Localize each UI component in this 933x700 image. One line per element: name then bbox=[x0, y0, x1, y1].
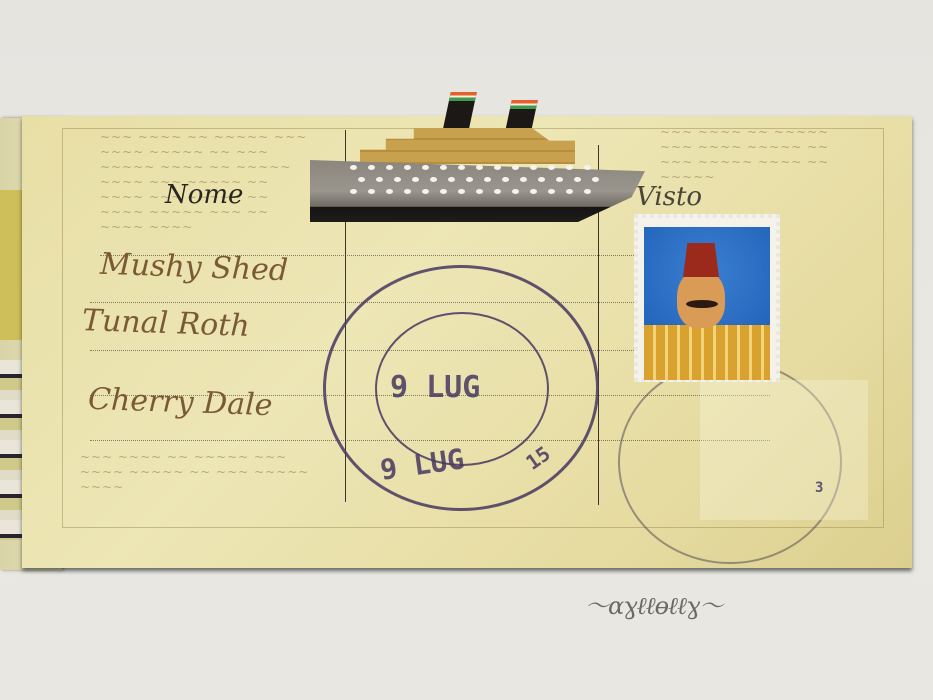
porthole bbox=[350, 165, 357, 170]
porthole bbox=[556, 177, 563, 182]
porthole bbox=[520, 177, 527, 182]
porthole bbox=[584, 165, 591, 170]
handwritten-name-2: Tunal Roth bbox=[81, 303, 250, 344]
porthole bbox=[422, 165, 429, 170]
porthole bbox=[566, 165, 573, 170]
porthole bbox=[368, 189, 375, 194]
porthole bbox=[458, 165, 465, 170]
porthole bbox=[548, 189, 555, 194]
porthole bbox=[592, 177, 599, 182]
moustache-icon bbox=[686, 300, 718, 308]
porthole bbox=[566, 189, 573, 194]
porthole bbox=[430, 177, 437, 182]
porthole bbox=[440, 189, 447, 194]
stamp-figure-coat bbox=[644, 325, 770, 380]
porthole bbox=[376, 177, 383, 182]
background-script-bottom: ~~~ ~~~~ ~~ ~~~~~ ~~~ ~~~~ ~~~~~ ~~ ~~~ … bbox=[80, 450, 330, 520]
porthole bbox=[394, 177, 401, 182]
porthole bbox=[412, 177, 419, 182]
porthole bbox=[530, 189, 537, 194]
porthole bbox=[530, 165, 537, 170]
porthole bbox=[404, 165, 411, 170]
porthole bbox=[584, 189, 591, 194]
porthole bbox=[466, 177, 473, 182]
porthole bbox=[494, 189, 501, 194]
porthole bbox=[404, 189, 411, 194]
porthole bbox=[368, 165, 375, 170]
porthole bbox=[476, 189, 483, 194]
porthole bbox=[476, 165, 483, 170]
porthole bbox=[538, 177, 545, 182]
porthole bbox=[350, 189, 357, 194]
handwritten-name-3: Cherry Dale bbox=[87, 382, 273, 423]
porthole bbox=[574, 177, 581, 182]
visto-label: Visto bbox=[636, 182, 702, 212]
porthole bbox=[386, 189, 393, 194]
right-postmark-number: 3 bbox=[815, 480, 823, 496]
fez-hat-icon bbox=[683, 243, 719, 277]
nome-label: Nome bbox=[165, 180, 243, 210]
tracing-paper-overlay bbox=[700, 380, 868, 520]
porthole bbox=[494, 165, 501, 170]
stamp-figure-face bbox=[677, 270, 725, 328]
porthole bbox=[422, 189, 429, 194]
ship-portholes bbox=[350, 165, 610, 205]
porthole bbox=[512, 189, 519, 194]
porthole bbox=[386, 165, 393, 170]
porthole bbox=[484, 177, 491, 182]
handwritten-name-1: Mushy Shed bbox=[99, 247, 288, 289]
porthole bbox=[512, 165, 519, 170]
porthole bbox=[358, 177, 365, 182]
artist-signature: 〜ɑɣℓℓɵℓℓɣ〜 bbox=[585, 586, 722, 621]
postmark-date: 9 LUG bbox=[390, 370, 480, 405]
porthole bbox=[548, 165, 555, 170]
porthole bbox=[458, 189, 465, 194]
porthole bbox=[440, 165, 447, 170]
porthole bbox=[502, 177, 509, 182]
porthole bbox=[448, 177, 455, 182]
